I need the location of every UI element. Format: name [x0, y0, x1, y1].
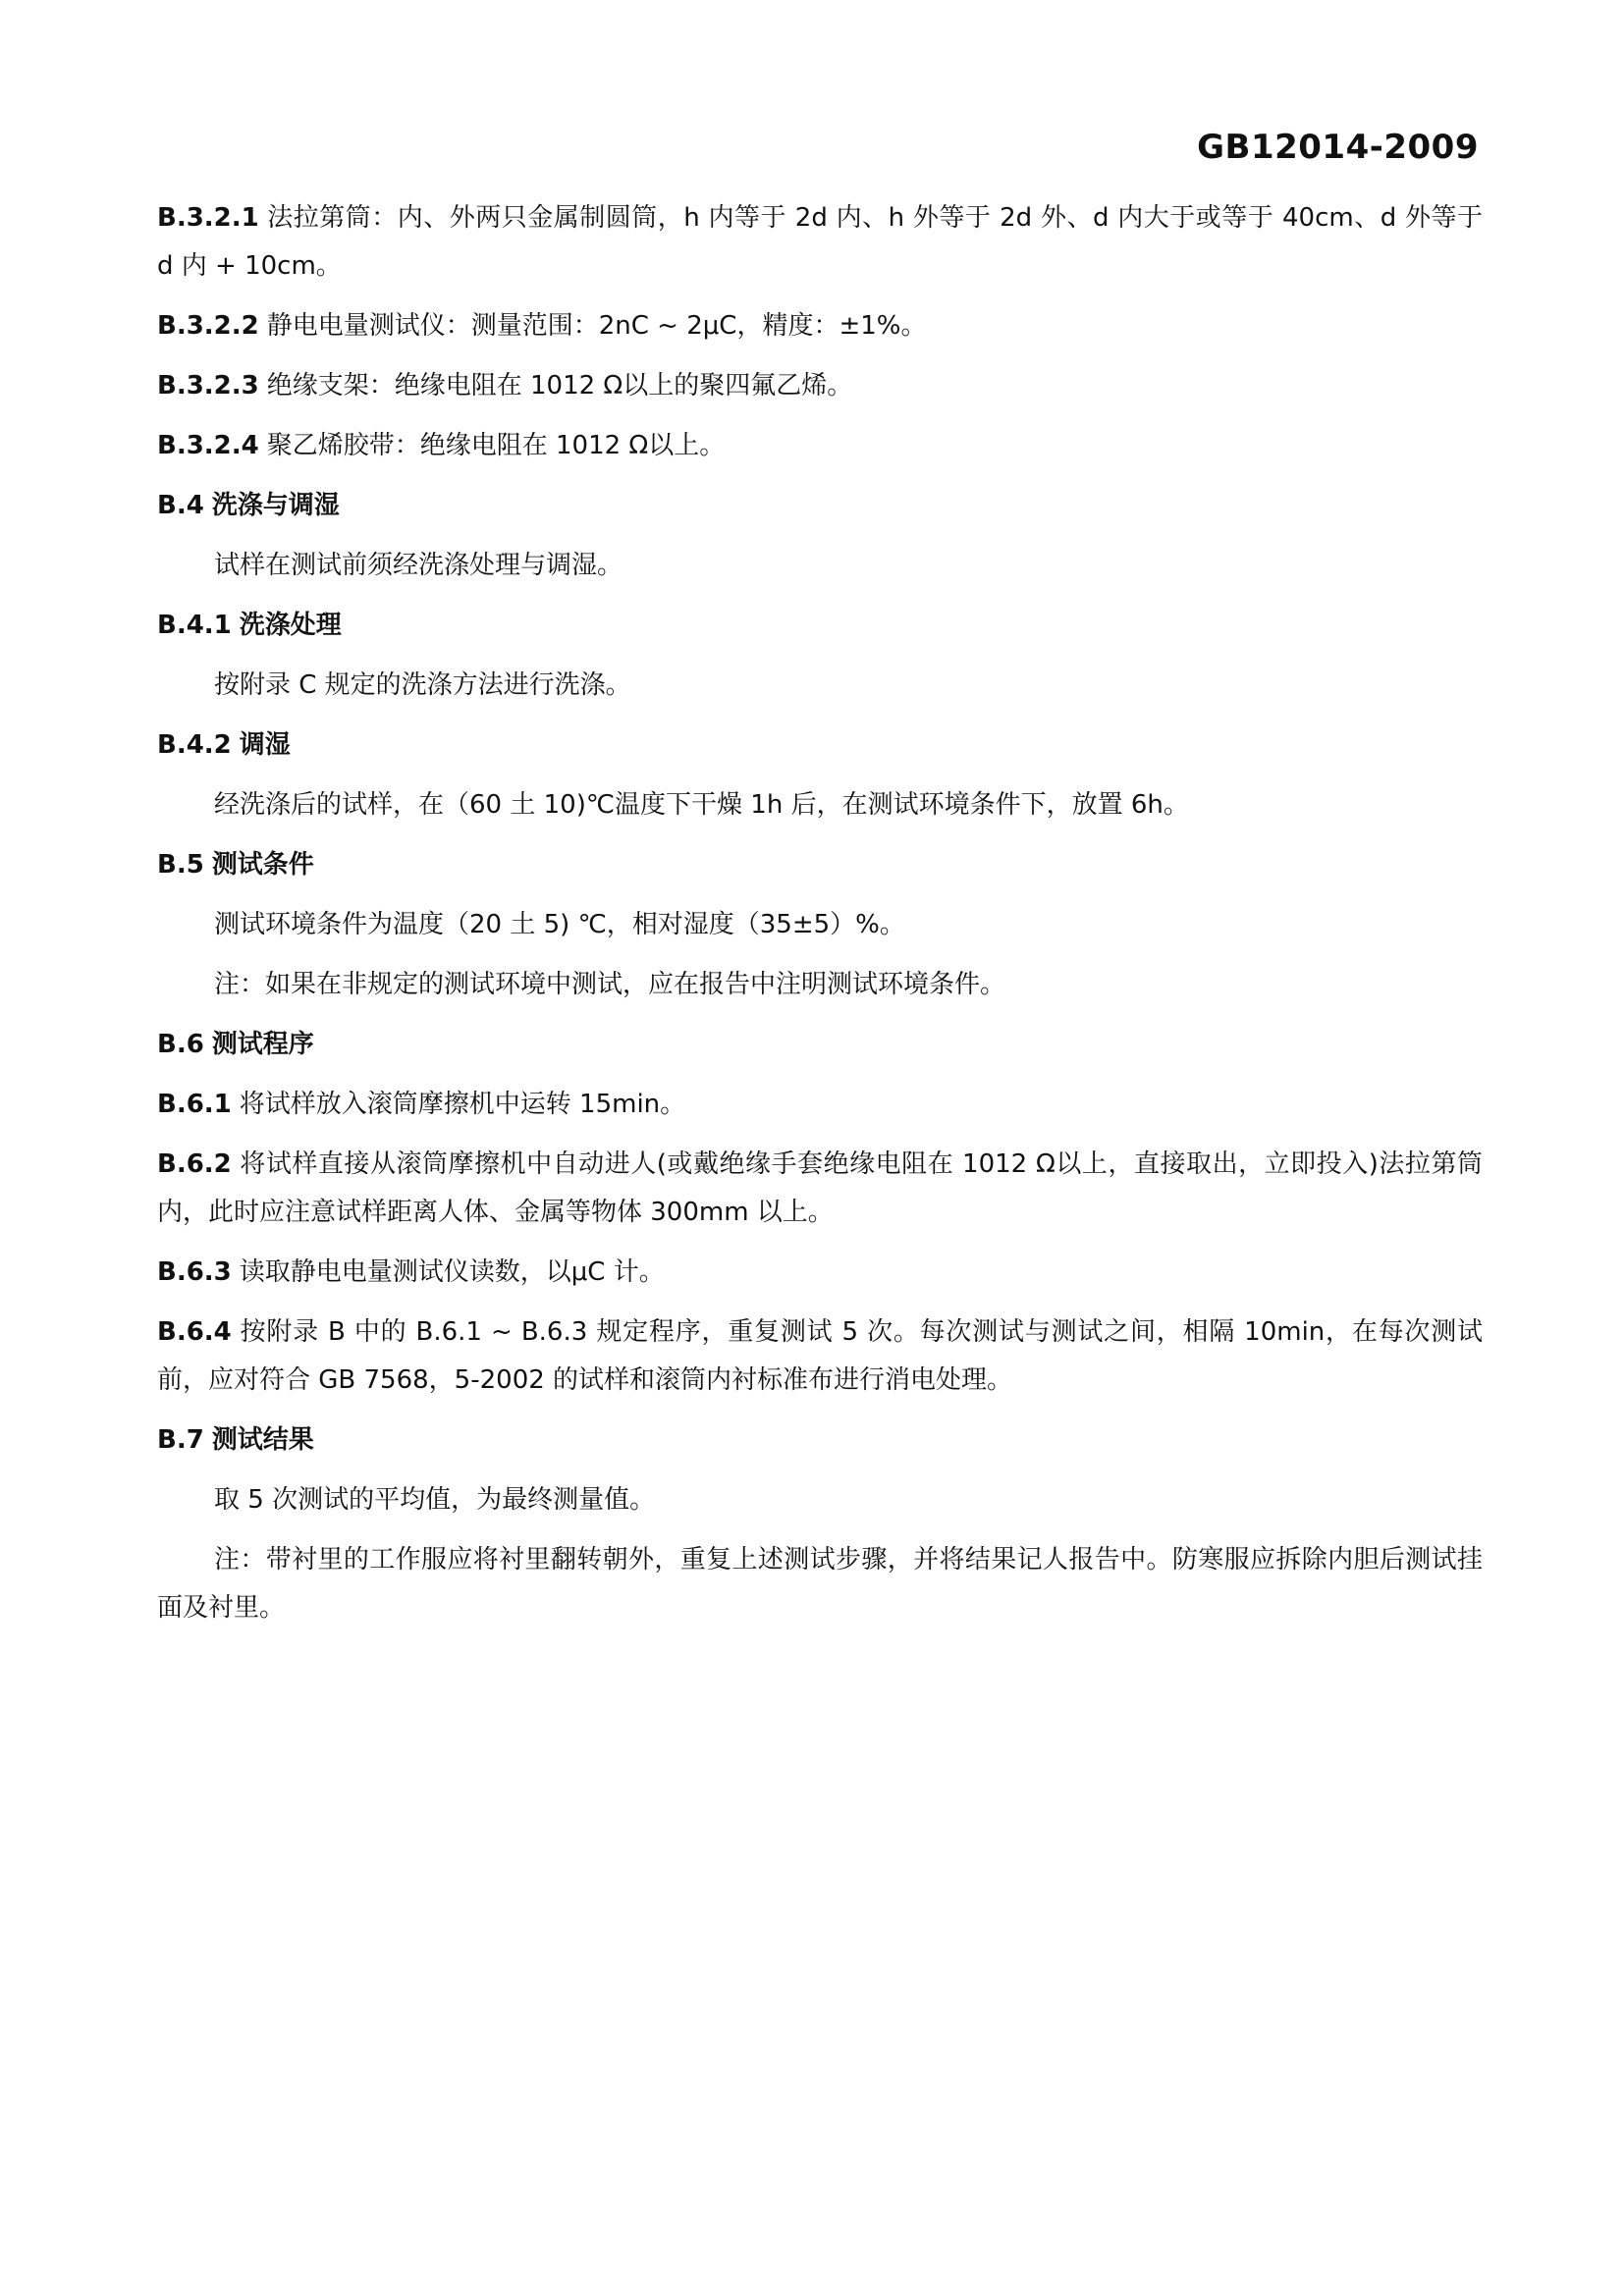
clause-b321: B.3.2.1法拉第筒：内、外两只金属制圆筒，h 内等于 2d 内、h 外等于 …	[157, 194, 1483, 291]
clause-b64: B.6.4按附录 B 中的 B.6.1 ~ B.6.3 规定程序，重复测试 5 …	[157, 1308, 1483, 1405]
document-id-header: GB12014-2009	[1197, 128, 1479, 167]
paragraph-b42: 经洗涤后的试样，在（60 土 10)℃温度下干燥 1h 后，在测试环境条件下，放…	[157, 781, 1483, 829]
note-b7: 注：带衬里的工作服应将衬里翻转朝外，重复上述测试步骤，并将结果记人报告中。防寒服…	[157, 1536, 1483, 1632]
clause-b323: B.3.2.3绝缘支架：绝缘电阻在 1012 Ω以上的聚四氟乙烯。	[157, 362, 1483, 410]
clause-b324: B.3.2.4聚乙烯胶带：绝缘电阻在 1012 Ω以上。	[157, 422, 1483, 470]
heading-b4: B.4洗涤与调湿	[157, 482, 1483, 530]
heading-b6: B.6测试程序	[157, 1021, 1483, 1069]
heading-b7: B.7测试结果	[157, 1416, 1483, 1465]
document-body: B.3.2.1法拉第筒：内、外两只金属制圆筒，h 内等于 2d 内、h 外等于 …	[157, 194, 1483, 1644]
clause-b322: B.3.2.2静电电量测试仪：测量范围：2nC ~ 2μC，精度：±1%。	[157, 302, 1483, 350]
clause-b62: B.6.2将试样直接从滚筒摩擦机中自动进人(或戴绝缘手套绝缘电阻在 1012 Ω…	[157, 1141, 1483, 1237]
heading-b41: B.4.1洗涤处理	[157, 602, 1483, 650]
clause-b63: B.6.3读取静电电量测试仪读数，以μC 计。	[157, 1249, 1483, 1297]
document-page: GB12014-2009 B.3.2.1法拉第筒：内、外两只金属制圆筒，h 内等…	[0, 0, 1624, 2296]
paragraph-b7: 取 5 次测试的平均值，为最终测量值。	[157, 1476, 1483, 1524]
heading-b42: B.4.2调湿	[157, 721, 1483, 770]
clause-b61: B.6.1将试样放入滚筒摩擦机中运转 15min。	[157, 1081, 1483, 1129]
paragraph-b41: 按附录 C 规定的洗涤方法进行洗涤。	[157, 662, 1483, 710]
paragraph-b5: 测试环境条件为温度（20 土 5) ℃，相对湿度（35±5）%。	[157, 901, 1483, 949]
note-b5: 注：如果在非规定的测试环境中测试，应在报告中注明测试环境条件。	[157, 961, 1483, 1009]
paragraph-b4: 试样在测试前须经洗涤处理与调湿。	[157, 542, 1483, 590]
heading-b5: B.5测试条件	[157, 841, 1483, 889]
